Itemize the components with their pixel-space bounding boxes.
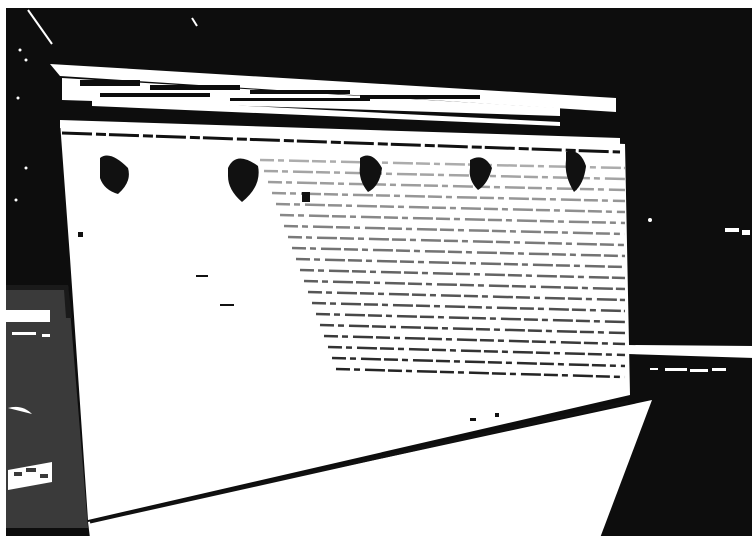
concrete-panel-photo xyxy=(0,0,754,540)
